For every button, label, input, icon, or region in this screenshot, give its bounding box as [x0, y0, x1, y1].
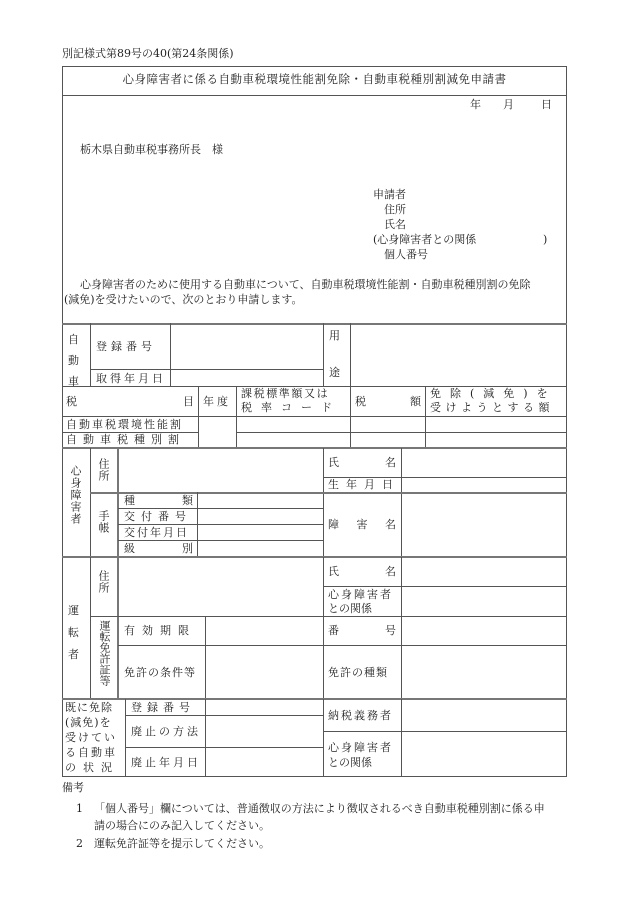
handbook-issue-number-field[interactable] — [198, 509, 322, 523]
label-char: 級 — [124, 541, 135, 556]
existing-relation-field[interactable] — [402, 732, 566, 776]
disposal-method-label: 廃止の方法 — [131, 724, 201, 739]
usage-label: 用途 — [329, 328, 343, 380]
remark-1-line-1: 「個人番号」欄については、普通徴収の方法により徴収されるべき自動車税種別割に係る… — [94, 801, 545, 816]
handbook-grade-label: 級別 — [124, 541, 193, 556]
addressee: 栃木県自動車税事務所長 様 — [80, 142, 223, 157]
date-year-label: 年 — [470, 97, 481, 112]
standard-field-type[interactable] — [237, 433, 349, 447]
date-month-label: 月 — [503, 97, 514, 112]
tax-row-environmental: 自動車税環境性能割 — [66, 417, 183, 432]
tax-amount-field-type[interactable] — [351, 433, 424, 447]
standard-field-environmental[interactable] — [237, 417, 349, 431]
license-conditions-label: 免許の条件等 — [124, 665, 196, 680]
label-char: 番 — [328, 623, 339, 638]
registration-number-field[interactable] — [171, 324, 322, 368]
section-line: 受けてい — [65, 730, 123, 745]
applicant-name-label: 氏名 — [384, 217, 406, 232]
disabled-address-field[interactable] — [119, 449, 322, 491]
remarks-heading: 備考 — [62, 780, 84, 795]
label-char: 種 — [124, 493, 135, 508]
divider — [62, 95, 567, 96]
driver-address-field[interactable] — [119, 558, 322, 615]
grid-line — [90, 448, 91, 556]
label-char: 号 — [385, 623, 396, 638]
tax-amount-header: 税額 — [355, 394, 421, 409]
driver-section-label: 運転者 — [68, 600, 82, 666]
driver-name-field[interactable] — [402, 558, 566, 585]
applicant-heading: 申請者 — [373, 187, 406, 202]
fiscal-year-field[interactable] — [199, 417, 235, 446]
label-char: 障 — [328, 517, 339, 532]
license-type-label: 免許の種類 — [328, 665, 388, 680]
disposal-date-field[interactable] — [206, 748, 322, 776]
acquisition-date-label: 取得年月日 — [96, 371, 166, 386]
applicant-personal-number-label: 個人番号 — [384, 247, 428, 262]
grid-line — [125, 699, 126, 777]
license-type-field[interactable] — [402, 646, 566, 698]
standard-header-line2: 税率コード — [241, 400, 341, 415]
grid-line — [90, 557, 91, 699]
statement-line-2: (減免)を受けたいので、次のとおり申請します。 — [64, 292, 302, 307]
disability-name-label: 障害名 — [328, 517, 396, 532]
handbook-issue-number-label: 交付番号 — [124, 509, 192, 524]
exempt-header-line2: 受けようとする額 — [430, 400, 554, 415]
tax-item-header-left: 税 — [66, 394, 77, 409]
grid-line — [323, 448, 324, 556]
section-line: 既に免除 — [65, 700, 123, 715]
driver-relation-label-2: との関係 — [328, 601, 372, 616]
fiscal-year-header: 年度 — [203, 394, 231, 409]
usage-char-1: 用 — [329, 328, 343, 343]
remark-2-line-1: 運転免許証等を提示してください。 — [94, 836, 270, 851]
handbook-label: 手帳 — [96, 510, 111, 534]
label-char: 名 — [385, 564, 396, 579]
disabled-name-label: 氏名 — [328, 455, 396, 470]
vehicle-section-label: 自動車 — [68, 329, 82, 392]
label-char: 名 — [385, 455, 396, 470]
driver-relation-label-1: 心身障害者 — [328, 587, 393, 602]
existing-relation-label-1: 心身障害者 — [328, 740, 393, 755]
applicant-relation-close: ) — [543, 232, 547, 247]
statement-line-1: 心身障害者のために使用する自動車について、自動車税環境性能割・自動車税種別割の免… — [80, 277, 531, 292]
exempt-amount-field-type[interactable] — [426, 433, 566, 447]
disposal-method-field[interactable] — [206, 716, 322, 746]
license-number-field[interactable] — [402, 617, 566, 644]
disabled-section-label: 心身障害者 — [68, 465, 83, 545]
exempt-header-line1: 免除(減免)を — [430, 386, 557, 401]
grid-line — [323, 557, 324, 699]
grid-line — [323, 699, 324, 777]
grid-line — [90, 323, 91, 386]
handbook-type-field[interactable] — [198, 493, 322, 507]
registration-number-label: 登録番号 — [96, 339, 156, 354]
grid-line — [323, 323, 324, 386]
disposal-date-label: 廃止年月日 — [131, 755, 201, 770]
handbook-grade-field[interactable] — [198, 541, 322, 555]
valid-until-field[interactable] — [206, 617, 322, 644]
taxpayer-field[interactable] — [402, 700, 566, 730]
remark-2-number: 2 — [76, 836, 83, 851]
disabled-address-label: 住所 — [96, 458, 111, 482]
disabled-name-field[interactable] — [402, 449, 566, 476]
label-char: 別 — [182, 541, 193, 556]
disability-name-field[interactable] — [402, 493, 566, 555]
standard-header-line1: 課税標準額又は — [241, 386, 329, 401]
form-title: 心身障害者に係る自動車税環境性能割免除・自動車税種別割減免申請書 — [62, 72, 567, 87]
driver-relation-field[interactable] — [402, 587, 566, 615]
license-number-label: 番号 — [328, 623, 396, 638]
driver-address-label: 住所 — [96, 570, 111, 594]
form-code: 別記様式第89号の40(第24条関係) — [62, 46, 234, 61]
label-char: 氏 — [328, 564, 339, 579]
tax-amount-header-left: 税 — [355, 394, 366, 409]
valid-until-label: 有効期限 — [124, 623, 196, 638]
label-char: 類 — [182, 493, 193, 508]
tax-amount-header-right: 額 — [410, 394, 421, 409]
handbook-type-label: 種類 — [124, 493, 193, 508]
usage-char-2: 途 — [329, 365, 343, 380]
section-line: る自動車 — [65, 745, 123, 760]
license-label: 運転免許証等 — [97, 620, 111, 686]
tax-row-type: 自動車税種別割 — [66, 432, 185, 447]
existing-registration-number-label: 登録番号 — [131, 700, 195, 715]
applicant-relation-label: (心身障害者との関係 — [373, 232, 476, 247]
driver-name-label: 氏名 — [328, 564, 396, 579]
exempt-amount-field-environmental[interactable] — [426, 417, 566, 431]
remark-1-line-2: 請の場合にのみ記入してください。 — [94, 818, 270, 833]
label-char: 害 — [357, 517, 368, 532]
existing-relation-label-2: との関係 — [328, 755, 372, 770]
handbook-issue-date-label: 交付年月日 — [124, 525, 189, 540]
section-line: (減免)を — [65, 715, 123, 730]
label-char: 氏 — [328, 455, 339, 470]
tax-amount-field-environmental[interactable] — [351, 417, 424, 431]
tax-item-header-right: 目 — [183, 394, 194, 409]
section-line: の状況 — [65, 760, 123, 775]
acquisition-date-field[interactable] — [171, 370, 322, 385]
tax-item-header: 税目 — [66, 394, 194, 409]
date-day-label: 日 — [541, 97, 552, 112]
license-conditions-field[interactable] — [206, 646, 322, 698]
taxpayer-label: 納税義務者 — [328, 708, 393, 723]
existing-registration-number-field[interactable] — [206, 700, 322, 714]
handbook-issue-date-field[interactable] — [198, 525, 322, 539]
disabled-birth-date-field[interactable] — [402, 478, 566, 491]
label-char: 名 — [385, 517, 396, 532]
usage-field[interactable] — [351, 324, 566, 385]
disabled-birth-date-label: 生年月日 — [328, 477, 400, 492]
applicant-address-label: 住所 — [384, 202, 406, 217]
remark-1-number: 1 — [76, 801, 83, 816]
existing-vehicle-section-label: 既に免除 (減免)を 受けてい る自動車 の状況 — [65, 700, 123, 775]
